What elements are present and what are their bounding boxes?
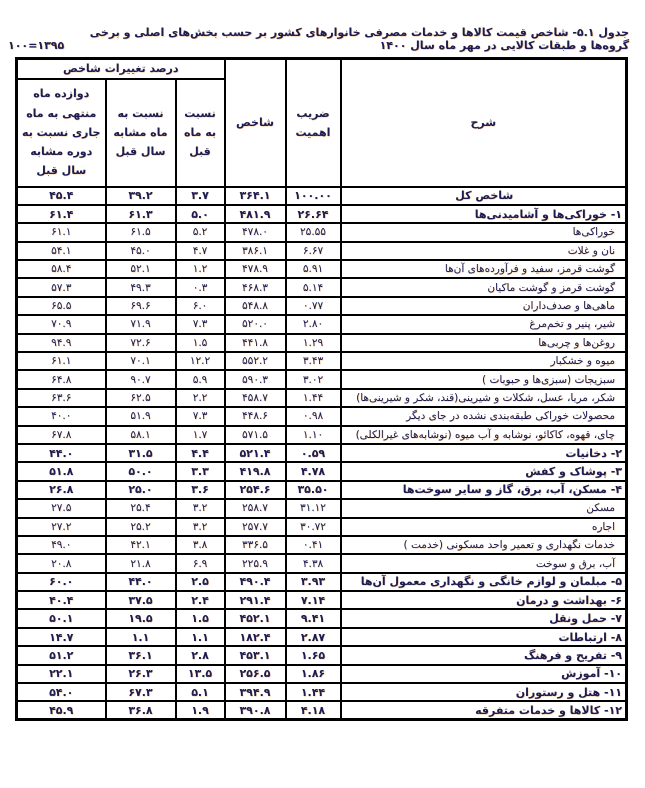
cell-importance-coefficient: ۴.۱۸ xyxy=(286,701,341,719)
cell-description: آب، برق و سوخت xyxy=(341,554,627,572)
cell-importance-coefficient: ۰.۷۷ xyxy=(286,297,341,315)
table-row: میوه و خشکبار۳.۴۳۵۵۲.۲۱۲.۲۷۰.۱۶۱.۱ xyxy=(16,352,626,370)
cell-twelve-month-average: ۴۰.۴ xyxy=(16,591,105,609)
table-row: شاخص کل۱۰۰.۰۰۳۶۴.۱۳.۷۳۹.۲۴۵.۴ xyxy=(16,187,626,205)
cell-twelve-month-average: ۵۱.۲ xyxy=(16,646,105,664)
header-vs-previous-month: نسبت به ماه قبل xyxy=(176,79,225,187)
cell-vs-previous-month: ۳.۲ xyxy=(176,518,225,536)
cell-vs-same-month-previous-year: ۷۰.۱ xyxy=(106,352,176,370)
cell-index: ۳۸۶.۱ xyxy=(225,242,286,260)
cell-twelve-month-average: ۵۸.۴ xyxy=(16,260,105,278)
cell-importance-coefficient: ۳.۰۲ xyxy=(286,370,341,388)
table-row: ۸- ارتباطات۲.۸۷۱۸۲.۴۱.۱۱.۱۱۴.۷ xyxy=(16,628,626,646)
cell-vs-previous-month: ۶.۰ xyxy=(176,297,225,315)
cell-description: سبزیجات (سبزی‌ها و حبوبات ) xyxy=(341,370,627,388)
cell-vs-same-month-previous-year: ۷۲.۶ xyxy=(106,334,176,352)
cell-importance-coefficient: ۰.۴۱ xyxy=(286,536,341,554)
cell-vs-same-month-previous-year: ۹۰.۷ xyxy=(106,370,176,388)
cell-index: ۵۲۰.۰ xyxy=(225,315,286,333)
header-percent-change-group: درصد تغییرات شاخص xyxy=(16,59,224,79)
cell-index: ۳۹۰.۸ xyxy=(225,701,286,719)
cell-twelve-month-average: ۲۰.۸ xyxy=(16,554,105,572)
cell-vs-previous-month: ۳.۲ xyxy=(176,499,225,517)
cell-importance-coefficient: ۱۰۰.۰۰ xyxy=(286,187,341,205)
cell-vs-same-month-previous-year: ۱۹.۵ xyxy=(106,609,176,627)
cell-description: ۵- مبلمان و لوازم خانگی و نگهداری معمول … xyxy=(341,573,627,591)
table-row: ماهی‌ها و صدف‌داران۰.۷۷۵۴۸.۸۶.۰۶۹.۶۶۵.۵ xyxy=(16,297,626,315)
cell-index: ۴۱۹.۸ xyxy=(225,462,286,480)
cell-vs-previous-month: ۷.۳ xyxy=(176,315,225,333)
cell-vs-same-month-previous-year: ۴۵.۰ xyxy=(106,242,176,260)
cell-twelve-month-average: ۲۷.۵ xyxy=(16,499,105,517)
cell-twelve-month-average: ۲۶.۸ xyxy=(16,481,105,499)
cell-index: ۴۴۸.۶ xyxy=(225,407,286,425)
cell-vs-previous-month: ۵.۲ xyxy=(176,223,225,241)
cell-importance-coefficient: ۲.۸۷ xyxy=(286,628,341,646)
cell-twelve-month-average: ۴۰.۰ xyxy=(16,407,105,425)
cell-vs-same-month-previous-year: ۲۱.۸ xyxy=(106,554,176,572)
cell-index: ۵۲۱.۴ xyxy=(225,444,286,462)
cell-twelve-month-average: ۲۷.۲ xyxy=(16,518,105,536)
cell-index: ۴۶۸.۳ xyxy=(225,278,286,296)
cell-importance-coefficient: ۲.۸۰ xyxy=(286,315,341,333)
cell-description: شکر، مربا، عسل، شکلات و شیرینی(قند، شکر … xyxy=(341,389,627,407)
cell-vs-same-month-previous-year: ۱.۱ xyxy=(106,628,176,646)
cell-twelve-month-average: ۵۴.۰ xyxy=(16,683,105,701)
cell-vs-previous-month: ۷.۳ xyxy=(176,407,225,425)
table-row: ۷- حمل ونقل۹.۴۱۴۵۲.۱۱.۵۱۹.۵۵۰.۱ xyxy=(16,609,626,627)
cell-twelve-month-average: ۵۴.۱ xyxy=(16,242,105,260)
cell-index: ۴۸۱.۹ xyxy=(225,205,286,223)
header-description: شرح xyxy=(341,59,627,187)
cell-description: خوراکی‌ها xyxy=(341,223,627,241)
cell-twelve-month-average: ۴۵.۹ xyxy=(16,701,105,719)
cell-index: ۱۸۲.۴ xyxy=(225,628,286,646)
cell-importance-coefficient: ۴.۳۸ xyxy=(286,554,341,572)
cell-description: ۸- ارتباطات xyxy=(341,628,627,646)
table-row: شکر، مربا، عسل، شکلات و شیرینی(قند، شکر … xyxy=(16,389,626,407)
table-row: سبزیجات (سبزی‌ها و حبوبات )۳.۰۲۵۹۰.۳۵.۹۹… xyxy=(16,370,626,388)
cell-vs-same-month-previous-year: ۴۲.۱ xyxy=(106,536,176,554)
table-row: روغن‌ها و چربی‌ها۱.۲۹۴۴۱.۸۱.۵۷۲.۶۹۴.۹ xyxy=(16,334,626,352)
cell-vs-same-month-previous-year: ۴۴.۰ xyxy=(106,573,176,591)
cell-description: ۴- مسکن، آب، برق، گاز و سایر سوخت‌ها xyxy=(341,481,627,499)
table-row: گوشت قرمز، سفید و فرآورده‌های آن‌ها۵.۹۱۴… xyxy=(16,260,626,278)
cell-twelve-month-average: ۴۴.۰ xyxy=(16,444,105,462)
cell-vs-previous-month: ۱۳.۵ xyxy=(176,665,225,683)
cell-description: گوشت قرمز، سفید و فرآورده‌های آن‌ها xyxy=(341,260,627,278)
cell-vs-previous-month: ۱.۲ xyxy=(176,260,225,278)
cell-vs-same-month-previous-year: ۲۵.۴ xyxy=(106,499,176,517)
cell-importance-coefficient: ۳۵.۵۰ xyxy=(286,481,341,499)
document-page: جدول ۵.۱- شاخص قیمت کالاها و خدمات مصرفی… xyxy=(0,0,645,788)
cell-vs-previous-month: ۱.۱ xyxy=(176,628,225,646)
cell-vs-previous-month: ۱.۹ xyxy=(176,701,225,719)
cell-twelve-month-average: ۴۵.۴ xyxy=(16,187,105,205)
cell-importance-coefficient: ۵.۹۱ xyxy=(286,260,341,278)
header-twelve-month-average: دوازده ماه منتهی به ماه جاری نسبت به دور… xyxy=(16,79,105,187)
cell-description: میوه و خشکبار xyxy=(341,352,627,370)
cell-vs-previous-month: ۱۲.۲ xyxy=(176,352,225,370)
cell-index: ۴۷۸.۹ xyxy=(225,260,286,278)
table-row: ۵- مبلمان و لوازم خانگی و نگهداری معمول … xyxy=(16,573,626,591)
cell-description: نان و غلات xyxy=(341,242,627,260)
cell-importance-coefficient: ۱.۱۰ xyxy=(286,426,341,444)
base-year-note: ۱۳۹۵=۱۰۰ xyxy=(8,39,64,52)
cell-vs-previous-month: ۳.۳ xyxy=(176,462,225,480)
cell-description: ۷- حمل ونقل xyxy=(341,609,627,627)
cell-importance-coefficient: ۷.۱۴ xyxy=(286,591,341,609)
cell-vs-same-month-previous-year: ۵۰.۰ xyxy=(106,462,176,480)
title-bar: جدول ۵.۱- شاخص قیمت کالاها و خدمات مصرفی… xyxy=(8,26,629,52)
cell-twelve-month-average: ۱۴.۷ xyxy=(16,628,105,646)
cell-twelve-month-average: ۲۲.۱ xyxy=(16,665,105,683)
cell-importance-coefficient: ۳.۴۳ xyxy=(286,352,341,370)
table-row: ۱۲- کالاها و خدمات متفرقه۴.۱۸۳۹۰.۸۱.۹۳۶.… xyxy=(16,701,626,719)
cell-importance-coefficient: ۲۶.۶۴ xyxy=(286,205,341,223)
cell-vs-previous-month: ۲.۲ xyxy=(176,389,225,407)
cell-vs-same-month-previous-year: ۷۱.۹ xyxy=(106,315,176,333)
table-row: ۲- دخانیات۰.۵۹۵۲۱.۴۴.۴۳۱.۵۴۴.۰ xyxy=(16,444,626,462)
cell-vs-same-month-previous-year: ۳۹.۲ xyxy=(106,187,176,205)
cell-twelve-month-average: ۵۰.۱ xyxy=(16,609,105,627)
cell-vs-same-month-previous-year: ۲۵.۲ xyxy=(106,518,176,536)
cell-importance-coefficient: ۲۵.۵۵ xyxy=(286,223,341,241)
cell-importance-coefficient: ۹.۴۱ xyxy=(286,609,341,627)
cell-description: ۱۰- آموزش xyxy=(341,665,627,683)
cell-twelve-month-average: ۵۱.۸ xyxy=(16,462,105,480)
cell-description: گوشت قرمز و گوشت ماکیان xyxy=(341,278,627,296)
cell-twelve-month-average: ۷۰.۹ xyxy=(16,315,105,333)
header-vs-same-month-previous-year: نسبت به ماه مشابه سال قبل xyxy=(106,79,176,187)
table-row: محصولات خوراکی طبقه‌بندی نشده در جای دیگ… xyxy=(16,407,626,425)
cell-vs-previous-month: ۱.۷ xyxy=(176,426,225,444)
cell-index: ۵۵۲.۲ xyxy=(225,352,286,370)
cell-vs-previous-month: ۲.۵ xyxy=(176,573,225,591)
cell-vs-same-month-previous-year: ۵۲.۱ xyxy=(106,260,176,278)
table-row: ۹- تفریح و فرهنگ۱.۶۵۴۵۳.۱۲.۸۳۶.۱۵۱.۲ xyxy=(16,646,626,664)
table-row: مسکن۳۱.۱۲۲۵۸.۷۳.۲۲۵.۴۲۷.۵ xyxy=(16,499,626,517)
cell-description: اجاره xyxy=(341,518,627,536)
cell-vs-previous-month: ۵.۱ xyxy=(176,683,225,701)
cell-importance-coefficient: ۱.۲۹ xyxy=(286,334,341,352)
cell-index: ۵۷۱.۵ xyxy=(225,426,286,444)
cell-vs-previous-month: ۵.۰ xyxy=(176,205,225,223)
cell-index: ۵۴۸.۸ xyxy=(225,297,286,315)
cell-description: روغن‌ها و چربی‌ها xyxy=(341,334,627,352)
cell-twelve-month-average: ۶۷.۸ xyxy=(16,426,105,444)
table-row: خدمات نگهداری و تعمیر واحد مسکونی (خدمت … xyxy=(16,536,626,554)
cell-vs-same-month-previous-year: ۵۸.۱ xyxy=(106,426,176,444)
cell-vs-previous-month: ۳.۸ xyxy=(176,536,225,554)
cell-vs-same-month-previous-year: ۳۱.۵ xyxy=(106,444,176,462)
cell-description: ماهی‌ها و صدف‌داران xyxy=(341,297,627,315)
cell-vs-same-month-previous-year: ۴۹.۳ xyxy=(106,278,176,296)
cell-importance-coefficient: ۴.۷۸ xyxy=(286,462,341,480)
table-row: ۱۱- هتل و رستوران۱.۴۴۳۹۴.۹۵.۱۶۷.۳۵۴.۰ xyxy=(16,683,626,701)
cell-twelve-month-average: ۹۴.۹ xyxy=(16,334,105,352)
cell-vs-same-month-previous-year: ۶۱.۵ xyxy=(106,223,176,241)
cell-vs-same-month-previous-year: ۶۹.۶ xyxy=(106,297,176,315)
cell-twelve-month-average: ۴۹.۰ xyxy=(16,536,105,554)
cell-description: ۹- تفریح و فرهنگ xyxy=(341,646,627,664)
cell-description: چای، قهوه، کاکائو، نوشابه و آب میوه (نوش… xyxy=(341,426,627,444)
table-header: شرح ضریب اهمیت شاخص درصد تغییرات شاخص نس… xyxy=(16,59,626,187)
cell-index: ۲۹۱.۴ xyxy=(225,591,286,609)
cell-index: ۳۶۴.۱ xyxy=(225,187,286,205)
cell-importance-coefficient: ۰.۹۸ xyxy=(286,407,341,425)
cell-description: خدمات نگهداری و تعمیر واحد مسکونی (خدمت … xyxy=(341,536,627,554)
table-row: ۱۰- آموزش۱.۸۶۲۵۶.۵۱۳.۵۲۶.۳۲۲.۱ xyxy=(16,665,626,683)
cell-vs-previous-month: ۰.۳ xyxy=(176,278,225,296)
cell-index: ۳۹۴.۹ xyxy=(225,683,286,701)
table-body: شاخص کل۱۰۰.۰۰۳۶۴.۱۳.۷۳۹.۲۴۵.۴۱- خوراکی‌ه… xyxy=(16,187,626,720)
cell-index: ۲۲۵.۹ xyxy=(225,554,286,572)
table-row: گوشت قرمز و گوشت ماکیان۵.۱۴۴۶۸.۳۰.۳۴۹.۳۵… xyxy=(16,278,626,296)
cell-importance-coefficient: ۳۰.۷۲ xyxy=(286,518,341,536)
cell-importance-coefficient: ۱.۴۴ xyxy=(286,389,341,407)
cell-twelve-month-average: ۶۳.۶ xyxy=(16,389,105,407)
cell-vs-previous-month: ۴.۴ xyxy=(176,444,225,462)
cell-description: محصولات خوراکی طبقه‌بندی نشده در جای دیگ… xyxy=(341,407,627,425)
cell-index: ۲۵۶.۵ xyxy=(225,665,286,683)
cell-twelve-month-average: ۶۱.۱ xyxy=(16,223,105,241)
table-row: شیر، پنیر و تخم‌مرغ۲.۸۰۵۲۰.۰۷.۳۷۱.۹۷۰.۹ xyxy=(16,315,626,333)
cell-vs-same-month-previous-year: ۶۷.۳ xyxy=(106,683,176,701)
cell-description: شاخص کل xyxy=(341,187,627,205)
cell-twelve-month-average: ۶۱.۴ xyxy=(16,205,105,223)
cell-twelve-month-average: ۵۷.۳ xyxy=(16,278,105,296)
cell-description: ۱- خوراکی‌ها و آشامیدنی‌ها xyxy=(341,205,627,223)
cell-vs-previous-month: ۲.۴ xyxy=(176,591,225,609)
cell-vs-previous-month: ۶.۹ xyxy=(176,554,225,572)
cell-index: ۵۹۰.۳ xyxy=(225,370,286,388)
cell-description: ۳- پوشاک و کفش xyxy=(341,462,627,480)
cell-twelve-month-average: ۶۱.۱ xyxy=(16,352,105,370)
header-importance-coefficient: ضریب اهمیت xyxy=(286,59,341,187)
cell-vs-previous-month: ۲.۸ xyxy=(176,646,225,664)
cell-importance-coefficient: ۶.۶۷ xyxy=(286,242,341,260)
cell-importance-coefficient: ۱.۸۶ xyxy=(286,665,341,683)
cell-importance-coefficient: ۳.۹۳ xyxy=(286,573,341,591)
cell-index: ۲۵۷.۷ xyxy=(225,518,286,536)
cell-description: مسکن xyxy=(341,499,627,517)
cell-importance-coefficient: ۰.۵۹ xyxy=(286,444,341,462)
cell-vs-same-month-previous-year: ۳۶.۸ xyxy=(106,701,176,719)
cell-twelve-month-average: ۶۰.۰ xyxy=(16,573,105,591)
table-row: اجاره۳۰.۷۲۲۵۷.۷۳.۲۲۵.۲۲۷.۲ xyxy=(16,518,626,536)
cell-vs-previous-month: ۱.۵ xyxy=(176,334,225,352)
table-row: نان و غلات۶.۶۷۳۸۶.۱۴.۷۴۵.۰۵۴.۱ xyxy=(16,242,626,260)
table-row: خوراکی‌ها۲۵.۵۵۴۷۸.۰۵.۲۶۱.۵۶۱.۱ xyxy=(16,223,626,241)
cell-index: ۴۹۰.۴ xyxy=(225,573,286,591)
cell-description: ۱۱- هتل و رستوران xyxy=(341,683,627,701)
cell-vs-same-month-previous-year: ۶۲.۵ xyxy=(106,389,176,407)
table-row: چای، قهوه، کاکائو، نوشابه و آب میوه (نوش… xyxy=(16,426,626,444)
cell-twelve-month-average: ۶۵.۵ xyxy=(16,297,105,315)
cell-index: ۴۵۸.۷ xyxy=(225,389,286,407)
table-row: ۳- پوشاک و کفش۴.۷۸۴۱۹.۸۳.۳۵۰.۰۵۱.۸ xyxy=(16,462,626,480)
cell-vs-same-month-previous-year: ۶۱.۳ xyxy=(106,205,176,223)
cpi-table: شرح ضریب اهمیت شاخص درصد تغییرات شاخص نس… xyxy=(15,57,628,721)
cell-vs-previous-month: ۳.۷ xyxy=(176,187,225,205)
cell-description: ۶- بهداشت و درمان xyxy=(341,591,627,609)
cell-importance-coefficient: ۱.۶۵ xyxy=(286,646,341,664)
cell-vs-same-month-previous-year: ۲۵.۰ xyxy=(106,481,176,499)
cell-index: ۴۴۱.۸ xyxy=(225,334,286,352)
cell-index: ۴۵۲.۱ xyxy=(225,609,286,627)
cell-vs-previous-month: ۳.۶ xyxy=(176,481,225,499)
table-row: ۶- بهداشت و درمان۷.۱۴۲۹۱.۴۲.۴۳۷.۵۴۰.۴ xyxy=(16,591,626,609)
cell-index: ۲۵۴.۶ xyxy=(225,481,286,499)
cell-description: ۲- دخانیات xyxy=(341,444,627,462)
table-row: ۱- خوراکی‌ها و آشامیدنی‌ها۲۶.۶۴۴۸۱.۹۵.۰۶… xyxy=(16,205,626,223)
table-row: آب، برق و سوخت۴.۳۸۲۲۵.۹۶.۹۲۱.۸۲۰.۸ xyxy=(16,554,626,572)
cell-importance-coefficient: ۵.۱۴ xyxy=(286,278,341,296)
cell-vs-same-month-previous-year: ۲۶.۳ xyxy=(106,665,176,683)
table-row: ۴- مسکن، آب، برق، گاز و سایر سوخت‌ها۳۵.۵… xyxy=(16,481,626,499)
cell-vs-previous-month: ۴.۷ xyxy=(176,242,225,260)
cell-index: ۲۵۸.۷ xyxy=(225,499,286,517)
cell-twelve-month-average: ۶۴.۸ xyxy=(16,370,105,388)
cell-index: ۴۷۸.۰ xyxy=(225,223,286,241)
cell-importance-coefficient: ۱.۴۴ xyxy=(286,683,341,701)
cell-vs-previous-month: ۵.۹ xyxy=(176,370,225,388)
cell-vs-same-month-previous-year: ۳۶.۱ xyxy=(106,646,176,664)
header-index: شاخص xyxy=(225,59,286,187)
cell-vs-same-month-previous-year: ۳۷.۵ xyxy=(106,591,176,609)
cell-vs-same-month-previous-year: ۵۱.۹ xyxy=(106,407,176,425)
cell-index: ۴۵۳.۱ xyxy=(225,646,286,664)
cell-description: ۱۲- کالاها و خدمات متفرقه xyxy=(341,701,627,719)
table-title: جدول ۵.۱- شاخص قیمت کالاها و خدمات مصرفی… xyxy=(64,26,629,52)
cell-vs-previous-month: ۱.۵ xyxy=(176,609,225,627)
cell-importance-coefficient: ۳۱.۱۲ xyxy=(286,499,341,517)
cell-index: ۳۳۶.۵ xyxy=(225,536,286,554)
cell-description: شیر، پنیر و تخم‌مرغ xyxy=(341,315,627,333)
